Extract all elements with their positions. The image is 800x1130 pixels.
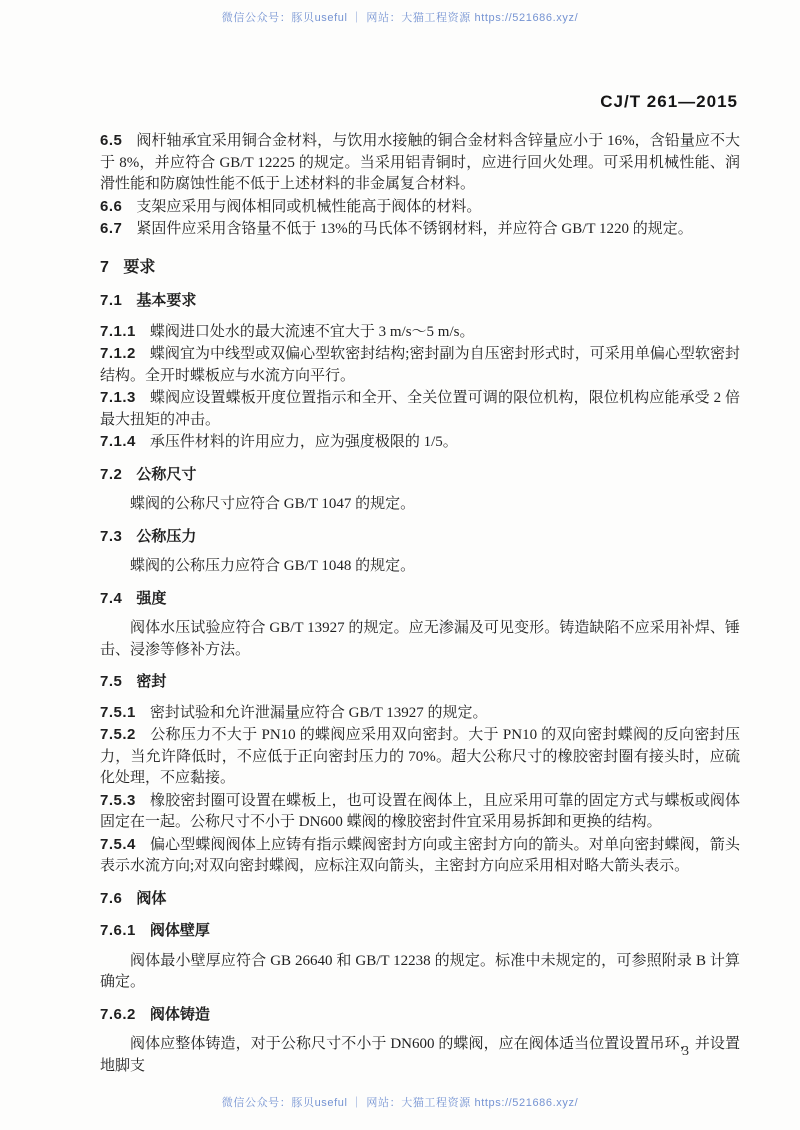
clause-6-7-number: 6.7: [100, 220, 122, 237]
page-number: 3: [682, 1044, 689, 1060]
section-heading-7: 7要求: [100, 257, 740, 279]
clause-7-5-2-text: 公称压力不大于 PN10 的蝶阀应采用双向密封。大于 PN10 的双向密封蝶阀的…: [100, 727, 740, 786]
paragraph-7-2-body: 蝶阀的公称尺寸应符合 GB/T 1047 的规定。: [100, 494, 740, 516]
clause-6-7: 6.7紧固件应采用含铬量不低于 13%的马氏体不锈钢材料，并应符合 GB/T 1…: [100, 218, 740, 241]
clause-7-1-4-number: 7.1.4: [100, 433, 136, 450]
clause-7-1-2-number: 7.1.2: [100, 345, 136, 362]
subsection-7-3-title: 公称压力: [136, 528, 196, 545]
clause-7-1-1-number: 7.1.1: [100, 323, 136, 340]
clause-7-5-4-number: 7.5.4: [100, 836, 136, 853]
clause-6-6: 6.6支架应采用与阀体相同或机械性能高于阀体的材料。: [100, 196, 740, 219]
paragraph-7-6-2-body: 阀体应整体铸造，对于公称尺寸不小于 DN600 的蝶阀，应在阀体适当位置设置吊环…: [100, 1034, 740, 1077]
clause-7-1-4-text: 承压件材料的许用应力，应为强度极限的 1/5。: [150, 434, 458, 450]
subsection-7-6-1-number: 7.6.1: [100, 922, 136, 939]
subsection-7-6-2-title: 阀体铸造: [150, 1006, 210, 1023]
clause-7-5-4: 7.5.4偏心型蝶阀阀体上应铸有指示蝶阀密封方向或主密封方向的箭头。对单向密封蝶…: [100, 834, 740, 878]
clause-6-6-number: 6.6: [100, 198, 122, 215]
document-body: 6.5阀杆轴承宜采用铜合金材料，与饮用水接触的铜合金材料含锌量应小于 16%，含…: [100, 130, 740, 1083]
header-watermark-link: 微信公众号：豚贝useful ｜ 网站：大猫工程资源 https://52168…: [0, 9, 800, 25]
clause-7-5-4-text: 偏心型蝶阀阀体上应铸有指示蝶阀密封方向或主密封方向的箭头。对单向密封蝶阀，箭头表…: [100, 837, 740, 875]
clause-7-1-4: 7.1.4承压件材料的许用应力，应为强度极限的 1/5。: [100, 431, 740, 454]
subsection-heading-7-3: 7.3公称压力: [100, 526, 740, 549]
section-7-number: 7: [100, 259, 109, 276]
standard-number: CJ/T 261—2015: [600, 92, 738, 112]
subsection-heading-7-5: 7.5密封: [100, 671, 740, 694]
subsection-7-6-1-title: 阀体壁厚: [150, 922, 210, 939]
clause-6-5: 6.5阀杆轴承宜采用铜合金材料，与饮用水接触的铜合金材料含锌量应小于 16%，含…: [100, 130, 740, 196]
subsection-7-1-title: 基本要求: [136, 292, 196, 309]
clause-7-1-2-text: 蝶阀宜为中线型或双偏心型软密封结构;密封副为自压密封形式时，可采用单偏心型软密封…: [100, 346, 740, 384]
paragraph-7-6-1-body: 阀体最小壁厚应符合 GB 26640 和 GB/T 12238 的规定。标准中未…: [100, 951, 740, 994]
clause-7-5-2: 7.5.2公称压力不大于 PN10 的蝶阀应采用双向密封。大于 PN10 的双向…: [100, 724, 740, 790]
clause-7-1-3: 7.1.3蝶阀应设置蝶板开度位置指示和全开、全关位置可调的限位机构，限位机构应能…: [100, 387, 740, 431]
clause-7-5-3-text: 橡胶密封圈可设置在蝶板上，也可设置在阀体上，且应采用可靠的固定方式与蝶板或阀体固…: [100, 793, 740, 831]
paragraph-7-6-1-text: 阀体最小壁厚应符合 GB 26640 和 GB/T 12238 的规定。标准中未…: [100, 953, 740, 991]
subsection-7-5-title: 密封: [136, 673, 166, 690]
clause-6-7-text: 紧固件应采用含铬量不低于 13%的马氏体不锈钢材料，并应符合 GB/T 1220…: [136, 221, 692, 237]
subsection-7-1-number: 7.1: [100, 292, 122, 309]
paragraph-7-4-body: 阀体水压试验应符合 GB/T 13927 的规定。应无渗漏及可见变形。铸造缺陷不…: [100, 618, 740, 661]
subsection-7-4-number: 7.4: [100, 590, 122, 607]
paragraph-7-6-2-text: 阀体应整体铸造，对于公称尺寸不小于 DN600 的蝶阀，应在阀体适当位置设置吊环…: [100, 1036, 740, 1074]
clause-7-5-1-text: 密封试验和允许泄漏量应符合 GB/T 13927 的规定。: [150, 705, 488, 721]
subsection-7-3-number: 7.3: [100, 528, 122, 545]
paragraph-7-3-body: 蝶阀的公称压力应符合 GB/T 1048 的规定。: [100, 556, 740, 578]
subsection-heading-7-1: 7.1基本要求: [100, 290, 740, 313]
section-7-title: 要求: [123, 259, 155, 276]
subsection-heading-7-4: 7.4强度: [100, 588, 740, 611]
subsection-7-5-number: 7.5: [100, 673, 122, 690]
clause-7-1-1-text: 蝶阀进口处水的最大流速不宜大于 3 m/s～5 m/s。: [150, 324, 475, 340]
subsection-7-6-2-number: 7.6.2: [100, 1006, 136, 1023]
clause-7-5-2-number: 7.5.2: [100, 726, 136, 743]
clause-6-5-text: 阀杆轴承宜采用铜合金材料，与饮用水接触的铜合金材料含锌量应小于 16%，含铅量应…: [100, 133, 740, 192]
subsection-7-4-title: 强度: [136, 590, 166, 607]
subsection-7-6-number: 7.6: [100, 890, 122, 907]
footer-watermark-link: 微信公众号：豚贝useful ｜ 网站：大猫工程资源 https://52168…: [0, 1094, 800, 1110]
clause-6-6-text: 支架应采用与阀体相同或机械性能高于阀体的材料。: [136, 199, 481, 215]
subsection-heading-7-6-2: 7.6.2阀体铸造: [100, 1004, 740, 1027]
clause-7-5-3-number: 7.5.3: [100, 792, 136, 809]
paragraph-7-2-text: 蝶阀的公称尺寸应符合 GB/T 1047 的规定。: [130, 496, 415, 512]
clause-7-1-3-number: 7.1.3: [100, 389, 136, 406]
clause-7-5-1-number: 7.5.1: [100, 704, 136, 721]
paragraph-7-3-text: 蝶阀的公称压力应符合 GB/T 1048 的规定。: [130, 558, 415, 574]
clause-7-5-3: 7.5.3橡胶密封圈可设置在蝶板上，也可设置在阀体上，且应采用可靠的固定方式与蝶…: [100, 790, 740, 834]
subsection-7-6-title: 阀体: [136, 890, 166, 907]
clause-7-5-1: 7.5.1密封试验和允许泄漏量应符合 GB/T 13927 的规定。: [100, 702, 740, 725]
subsection-heading-7-6-1: 7.6.1阀体壁厚: [100, 920, 740, 943]
document-page: 微信公众号：豚贝useful ｜ 网站：大猫工程资源 https://52168…: [0, 0, 800, 1130]
clause-7-1-3-text: 蝶阀应设置蝶板开度位置指示和全开、全关位置可调的限位机构，限位机构应能承受 2 …: [100, 390, 740, 428]
subsection-heading-7-2: 7.2公称尺寸: [100, 464, 740, 487]
clause-7-1-2: 7.1.2蝶阀宜为中线型或双偏心型软密封结构;密封副为自压密封形式时，可采用单偏…: [100, 343, 740, 387]
paragraph-7-4-text: 阀体水压试验应符合 GB/T 13927 的规定。应无渗漏及可见变形。铸造缺陷不…: [100, 620, 740, 658]
subsection-heading-7-6: 7.6阀体: [100, 888, 740, 911]
clause-6-5-number: 6.5: [100, 132, 122, 149]
subsection-7-2-title: 公称尺寸: [136, 466, 196, 483]
subsection-7-2-number: 7.2: [100, 466, 122, 483]
clause-7-1-1: 7.1.1蝶阀进口处水的最大流速不宜大于 3 m/s～5 m/s。: [100, 321, 740, 344]
